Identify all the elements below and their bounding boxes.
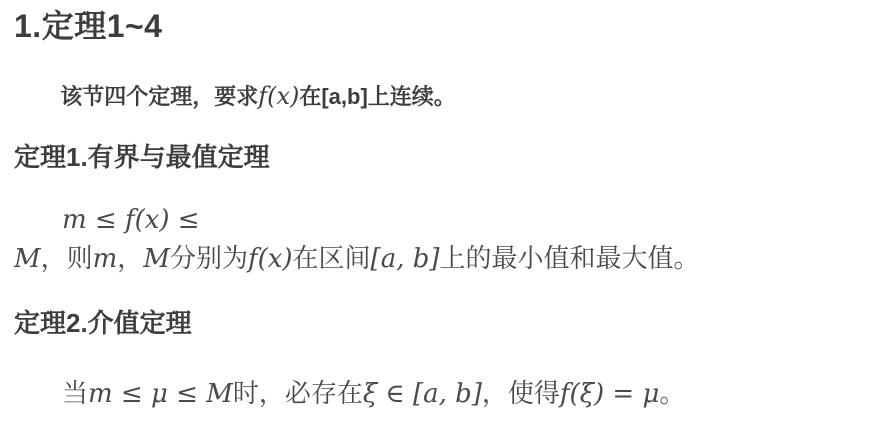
theorem2-body: 当m ≤ μ ≤ M时，必存在ξ ∈ [a, b]，使得f(ξ) = μ。 (14, 375, 865, 414)
cjk-then: ，则 (41, 244, 93, 274)
section-title: 1.定理1~4 (14, 6, 865, 48)
notes-article: 1.定理1~4 该节四个定理，要求f(x)在[a,b]上连续。 定理1.有界与最… (14, 6, 865, 414)
cjk-on-interval: 在区间 (293, 244, 371, 274)
math-f-xi-equals-mu: f(ξ) = μ (560, 379, 659, 409)
cjk-then-exists: 时，必存在 (233, 379, 363, 409)
cjk-such-that: ，使得 (482, 379, 560, 409)
math-xi-in-ab: ξ ∈ [a, b] (363, 379, 482, 409)
intro-math-fx: f(x) (258, 82, 299, 110)
cjk-when: 当 (62, 379, 88, 409)
math-mu-inequality: m ≤ μ ≤ M (88, 379, 233, 409)
cjk-min-max-values: 上的最小值和最大值。 (440, 244, 700, 274)
math-inequality: m ≤ f(x) ≤ (62, 205, 200, 235)
math-var-M: M (14, 244, 41, 274)
theorem1-body: m ≤ f(x) ≤M，则m，M分别为f(x)在区间[a, b]上的最小值和最大… (14, 201, 865, 279)
theorem1-formula-line-1: m ≤ f(x) ≤ (14, 201, 865, 240)
math-var-m: m (93, 244, 118, 274)
cjk-comma: ， (117, 244, 143, 274)
theorem1-heading: 定理1.有界与最值定理 (14, 141, 865, 175)
math-interval-ab: [a, b] (371, 244, 440, 274)
theorem1-formula-line-2: M，则m，M分别为f(x)在区间[a, b]上的最小值和最大值。 (14, 240, 865, 279)
theorem2-heading: 定理2.介值定理 (14, 307, 865, 341)
cjk-period: 。 (659, 379, 685, 409)
math-fx: f(x) (248, 244, 293, 274)
math-var-M2: M (143, 244, 170, 274)
intro-paragraph: 该节四个定理，要求f(x)在[a,b]上连续。 (14, 80, 865, 114)
cjk-respectively: 分别为 (170, 244, 248, 274)
intro-text-lead: 该节四个定理，要求 (60, 84, 258, 109)
intro-text-tail: 在[a,b]上连续。 (299, 84, 455, 109)
